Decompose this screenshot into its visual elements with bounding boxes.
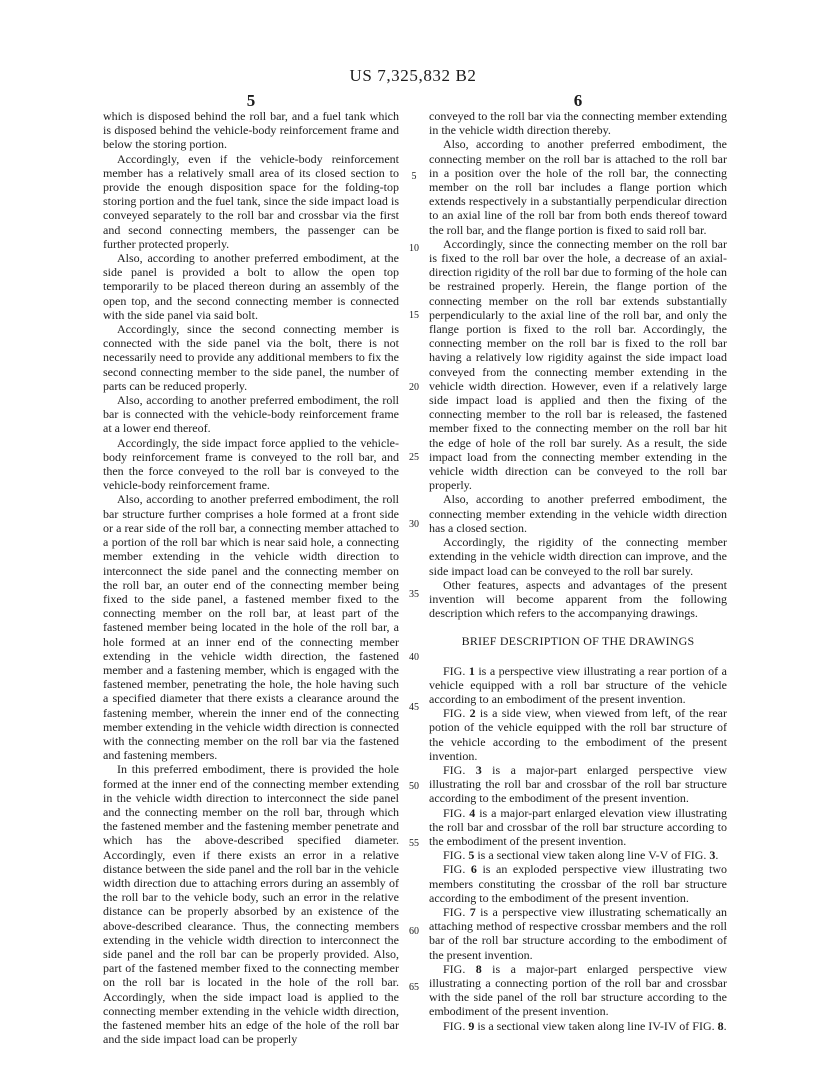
- paragraph: Also, according to another preferred emb…: [429, 492, 727, 535]
- line-number: 45: [399, 702, 429, 713]
- column-number-left: 5: [103, 91, 399, 111]
- line-number: 35: [399, 589, 429, 600]
- line-number: 25: [399, 452, 429, 463]
- line-number: 60: [399, 926, 429, 937]
- line-number: 65: [399, 982, 429, 993]
- line-number: 50: [399, 781, 429, 792]
- paragraph: FIG. 7 is a perspective view illustratin…: [429, 905, 727, 962]
- paragraph: FIG. 1 is a perspective view illustratin…: [429, 664, 727, 707]
- paragraph: In this preferred embodiment, there is p…: [103, 762, 399, 1046]
- paragraph: Also, according to another preferred emb…: [103, 492, 399, 762]
- paragraph: Accordingly, since the second connecting…: [103, 322, 399, 393]
- line-number: 30: [399, 519, 429, 530]
- text-column-right: conveyed to the roll bar via the connect…: [429, 109, 727, 1033]
- patent-page: US 7,325,832 B2 5 6 which is disposed be…: [0, 0, 838, 1080]
- section-heading: BRIEF DESCRIPTION OF THE DRAWINGS: [429, 634, 727, 648]
- paragraph: FIG. 3 is a major-part enlarged perspect…: [429, 763, 727, 806]
- paragraph: FIG. 6 is an exploded perspective view i…: [429, 862, 727, 905]
- line-number: 5: [399, 171, 429, 182]
- line-number: 20: [399, 382, 429, 393]
- paragraph: FIG. 2 is a side view, when viewed from …: [429, 706, 727, 763]
- patent-number-header: US 7,325,832 B2: [103, 66, 723, 86]
- paragraph: FIG. 8 is a major-part enlarged perspect…: [429, 962, 727, 1019]
- paragraph: which is disposed behind the roll bar, a…: [103, 109, 399, 152]
- line-number: 10: [399, 243, 429, 254]
- paragraph: FIG. 4 is a major-part enlarged elevatio…: [429, 806, 727, 849]
- paragraph: FIG. 5 is a sectional view taken along l…: [429, 848, 727, 862]
- paragraph: Accordingly, the rigidity of the connect…: [429, 535, 727, 578]
- paragraph: Accordingly, even if the vehicle-body re…: [103, 152, 399, 251]
- paragraph: Accordingly, the side impact force appli…: [103, 436, 399, 493]
- paragraph: Other features, aspects and advantages o…: [429, 578, 727, 621]
- text-column-left: which is disposed behind the roll bar, a…: [103, 109, 399, 1046]
- line-number: 40: [399, 652, 429, 663]
- paragraph: conveyed to the roll bar via the connect…: [429, 109, 727, 137]
- paragraph: Also, according to another preferred emb…: [103, 393, 399, 436]
- paragraph: Accordingly, since the connecting member…: [429, 237, 727, 493]
- line-number: 55: [399, 838, 429, 849]
- paragraph: Also, according to another preferred emb…: [103, 251, 399, 322]
- line-number: 15: [399, 310, 429, 321]
- paragraph: Also, according to another preferred emb…: [429, 137, 727, 236]
- column-number-right: 6: [429, 91, 727, 111]
- paragraph: FIG. 9 is a sectional view taken along l…: [429, 1019, 727, 1033]
